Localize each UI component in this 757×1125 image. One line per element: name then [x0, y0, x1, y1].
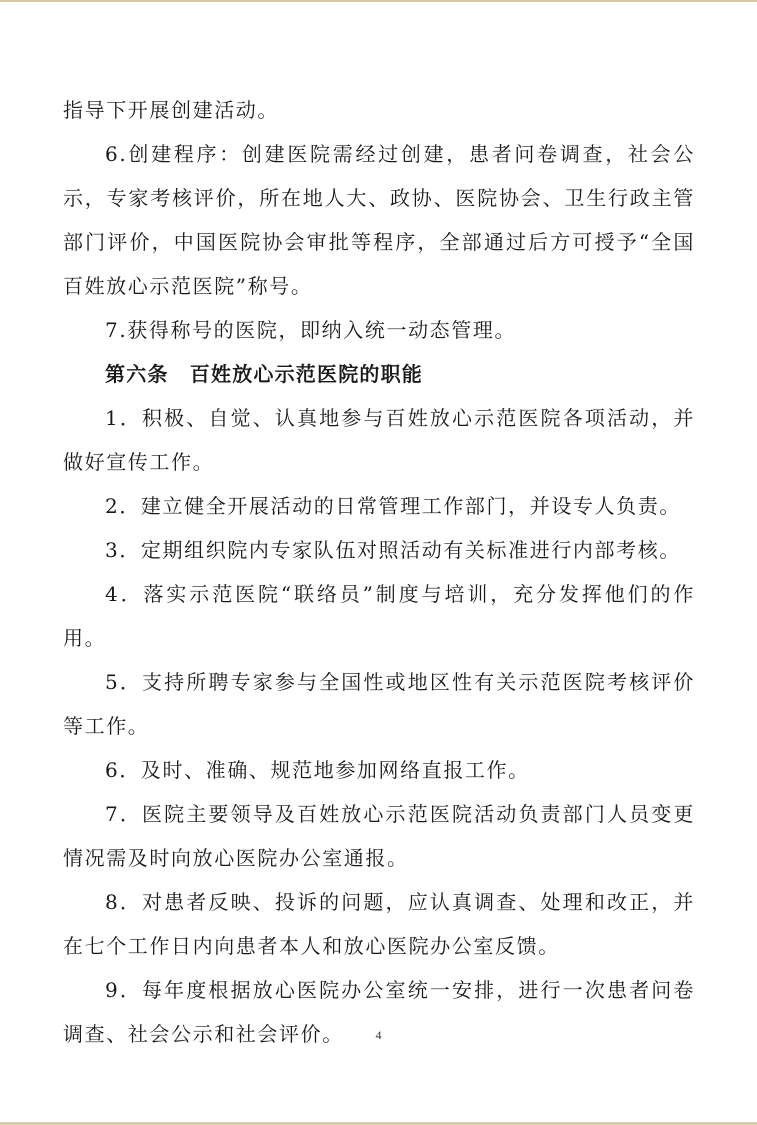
paragraph-function-1: 1．积极、自觉、认真地参与百姓放心示范医院各项活动，并做好宣传工作。 — [63, 396, 695, 484]
page-number: 4 — [0, 1028, 757, 1043]
paragraph-function-2: 2．建立健全开展活动的日常管理工作部门，并设专人负责。 — [63, 484, 695, 528]
paragraph-function-8: 8．对患者反映、投诉的问题，应认真调查、处理和改正，并在七个工作日内向患者本人和… — [63, 880, 695, 968]
paragraph-function-6: 6．及时、准确、规范地参加网络直报工作。 — [63, 748, 695, 792]
page-top-border — [0, 0, 757, 2]
paragraph-function-7: 7．医院主要领导及百姓放心示范医院活动负责部门人员变更情况需及时向放心医院办公室… — [63, 792, 695, 880]
paragraph-function-4: 4．落实示范医院“联络员”制度与培训，充分发挥他们的作用。 — [63, 572, 695, 660]
paragraph-continuation: 指导下开展创建活动。 — [63, 88, 695, 132]
document-page-body: 指导下开展创建活动。 6.创建程序：创建医院需经过创建，患者问卷调查，社会公示，… — [63, 88, 695, 1056]
paragraph-item-6-creation-procedure: 6.创建程序：创建医院需经过创建，患者问卷调查，社会公示，专家考核评价，所在地人… — [63, 132, 695, 308]
paragraph-function-5: 5．支持所聘专家参与全国性或地区性有关示范医院考核评价等工作。 — [63, 660, 695, 748]
section-heading-article-6: 第六条 百姓放心示范医院的职能 — [63, 352, 695, 396]
paragraph-function-3: 3．定期组织院内专家队伍对照活动有关标准进行内部考核。 — [63, 528, 695, 572]
paragraph-item-7-dynamic-management: 7.获得称号的医院，即纳入统一动态管理。 — [63, 308, 695, 352]
